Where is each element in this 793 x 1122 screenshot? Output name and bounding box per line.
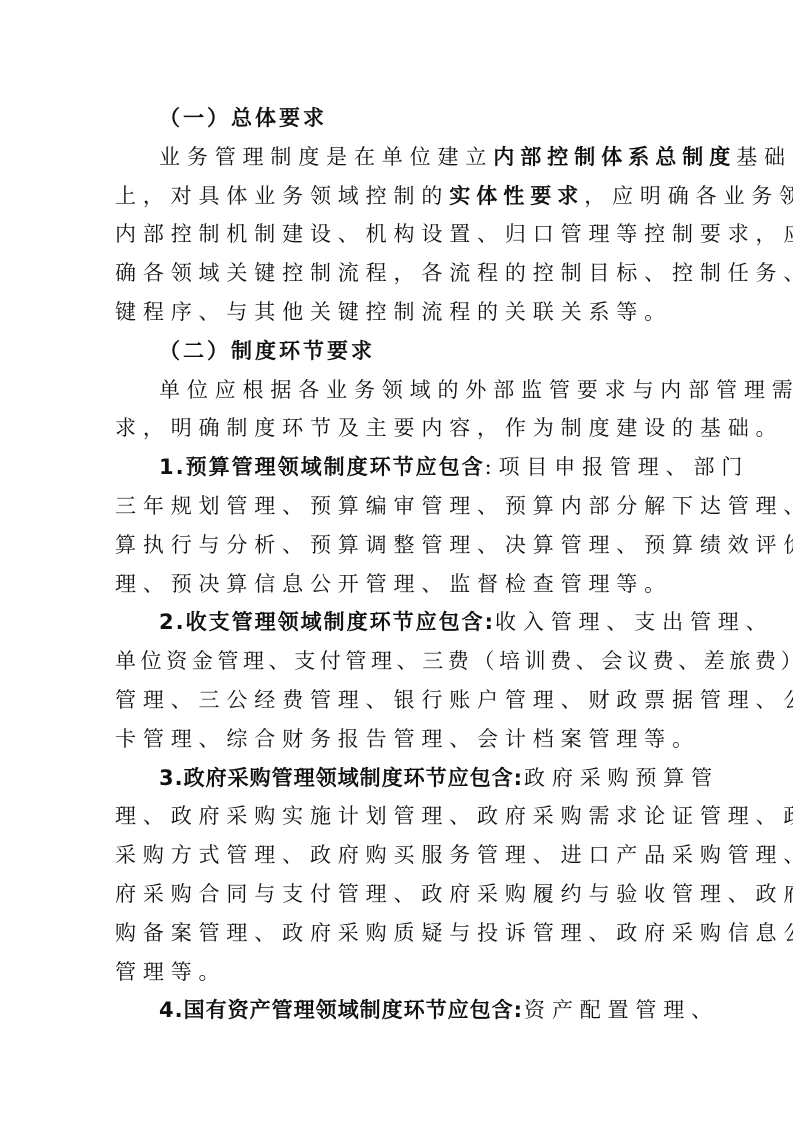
paragraph-line: 内部控制机制建设、机构设置、归口管理等控制要求，应明 <box>115 215 675 254</box>
paragraph-line: 键程序、与其他关键控制流程的关联关系等。 <box>115 293 675 332</box>
paragraph-line: 求，明确制度环节及主要内容，作为制度建设的基础。 <box>115 409 675 448</box>
paragraph-line: 理、政府采购实施计划管理、政府采购需求论证管理、政府 <box>115 797 675 836</box>
item-label: 4.国有资产管理领域制度环节应包含 <box>159 998 514 1022</box>
paragraph-line: 卡管理、综合财务报告管理、会计档案管理等。 <box>115 720 675 759</box>
text-run: 基础 <box>736 145 792 169</box>
item-label: 2.收支管理领域制度环节应包含 <box>159 610 485 634</box>
text-run: 项目申报管理、部门 <box>499 455 750 479</box>
paragraph-line: 业务管理制度是在单位建立内部控制体系总制度基础 <box>115 138 675 177</box>
text-run: 资产配置管理、 <box>524 998 719 1022</box>
text-run: 上，对具体业务领域控制的 <box>115 184 449 208</box>
item-label: 1.预算管理领域制度环节应包含 <box>159 455 485 479</box>
bold-term-substantive-requirement: 实体性要求 <box>449 184 584 208</box>
colon: : <box>514 998 524 1022</box>
colon: : <box>485 455 499 479</box>
list-item-government-procurement: 3.政府采购管理领域制度环节应包含:政府采购预算管 <box>115 759 675 798</box>
text-run: 业务管理制度是在单位建立 <box>159 145 493 169</box>
list-item-budget-management: 1.预算管理领域制度环节应包含:项目申报管理、部门 <box>115 448 675 487</box>
paragraph-line: 理、预决算信息公开管理、监督检查管理等。 <box>115 565 675 604</box>
list-item-state-assets: 4.国有资产管理领域制度环节应包含:资产配置管理、 <box>115 991 675 1030</box>
text-run: 收入管理、支出管理、 <box>495 610 774 634</box>
paragraph-line: 管理、三公经费管理、银行账户管理、财政票据管理、公务 <box>115 681 675 720</box>
paragraph-line: 上，对具体业务领域控制的实体性要求，应明确各业务领域 <box>115 177 675 216</box>
section-heading-general-requirements: （一）总体要求 <box>115 99 675 138</box>
paragraph-line: 府采购合同与支付管理、政府采购履约与验收管理、政府采 <box>115 875 675 914</box>
list-item-revenue-expenditure: 2.收支管理领域制度环节应包含:收入管理、支出管理、 <box>115 603 675 642</box>
text-run: ，应明确各业务领域 <box>584 184 793 208</box>
item-label: 3.政府采购管理领域制度环节应包含 <box>159 766 514 790</box>
paragraph-line: 单位资金管理、支付管理、三费（培训费、会议费、差旅费） <box>115 642 675 681</box>
paragraph-line: 购备案管理、政府采购质疑与投诉管理、政府采购信息公开 <box>115 914 675 953</box>
colon: : <box>514 766 524 790</box>
bold-term-internal-control-system: 内部控制体系总制度 <box>493 145 736 169</box>
text-run: 政府采购预算管 <box>524 766 719 790</box>
paragraph-line: 确各领域关键控制流程，各流程的控制目标、控制任务、关 <box>115 254 675 293</box>
colon: : <box>485 610 495 634</box>
section-heading-system-link-requirements: （二）制度环节要求 <box>115 332 675 371</box>
paragraph-line: 采购方式管理、政府购买服务管理、进口产品采购管理、政 <box>115 836 675 875</box>
paragraph-line: 单位应根据各业务领域的外部监管要求与内部管理需 <box>115 371 675 410</box>
paragraph-line: 管理等。 <box>115 953 675 992</box>
paragraph-line: 三年规划管理、预算编审管理、预算内部分解下达管理、预 <box>115 487 675 526</box>
paragraph-line: 算执行与分析、预算调整管理、决算管理、预算绩效评价管 <box>115 526 675 565</box>
document-page: （一）总体要求 业务管理制度是在单位建立内部控制体系总制度基础 上，对具体业务领… <box>115 99 675 1030</box>
